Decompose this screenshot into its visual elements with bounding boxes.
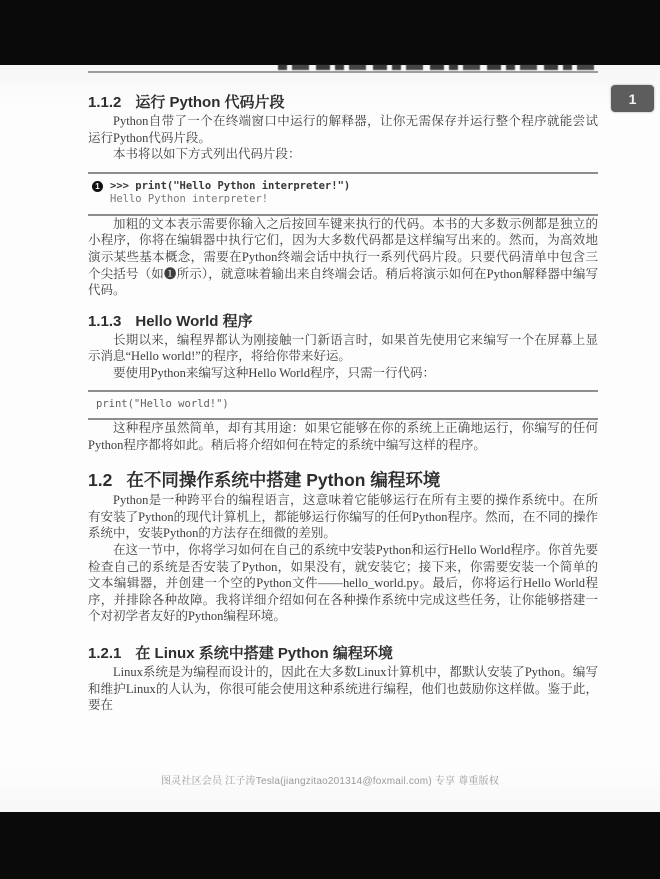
book-page[interactable]: 1 1.1.2运行 Python 代码片段 Python自带了一个在终端窗口中运… <box>0 65 660 812</box>
code-output-text: Hello Python interpreter! <box>110 193 268 207</box>
code-input-text: >>> print("Hello Python interpreter!") <box>110 180 350 194</box>
code-listing-hello-interpreter: 1 >>> print("Hello Python interpreter!")… <box>88 172 598 216</box>
book-page-inner: 1 1.1.2运行 Python 代码片段 Python自带了一个在终端窗口中运… <box>0 65 660 812</box>
section-title: 在 Linux 系统中搭建 Python 编程环境 <box>135 645 393 662</box>
section-heading-1-1-3: 1.1.3Hello World 程序 <box>88 312 598 332</box>
chapter-number-tab: 1 <box>611 85 654 112</box>
page-content: 1.1.2运行 Python 代码片段 Python自带了一个在终端窗口中运行的… <box>88 65 598 714</box>
section-number: 1.1.2 <box>88 94 121 111</box>
code-text: print("Hello world!") <box>96 398 229 412</box>
section-title: 在不同操作系统中搭建 Python 编程环境 <box>126 470 440 490</box>
page-footer-watermark: 图灵社区会员 江子涛Tesla(jiangzitao201314@foxmail… <box>0 772 660 787</box>
section-title: Hello World 程序 <box>135 313 252 330</box>
paragraph: 加粗的文本表示需要你输入之后按回车键来执行的代码。本书的大多数示例都是独立的小程… <box>88 216 598 299</box>
section-title: 运行 Python 代码片段 <box>135 94 284 111</box>
paragraph: 长期以来，编程界都认为刚接触一门新语言时，如果首先使用它来编写一个在屏幕上显示消… <box>88 332 598 365</box>
code-listing-hello-world: print("Hello world!") <box>88 390 598 421</box>
section-heading-1-1-2: 1.1.2运行 Python 代码片段 <box>88 93 598 113</box>
viewer-bottom-bar <box>0 812 660 879</box>
section-number: 1.1.3 <box>88 313 121 330</box>
code-output-line: Hello Python interpreter! <box>92 193 588 207</box>
chapter-number: 1 <box>629 91 637 107</box>
code-input-line: 1 >>> print("Hello Python interpreter!") <box>92 180 588 194</box>
paragraph: Linux系统是为编程而设计的，因此在大多数Linux计算机中，都默认安装了Py… <box>88 664 598 714</box>
paragraph: 这种程序虽然简单，却有其用途：如果它能够在你的系统上正确地运行，你编写的任何Py… <box>88 420 598 453</box>
code-line: print("Hello world!") <box>92 398 588 412</box>
viewer-background: { "viewer": { "chapter_tab": "1" }, "pag… <box>0 0 660 879</box>
paragraph: Python是一种跨平台的编程语言，这意味着它能够运行在所有主要的操作系统中。在… <box>88 492 598 542</box>
code-annotation-1-badge: 1 <box>92 181 103 192</box>
paragraph: 本书将以如下方式列出代码片段： <box>88 146 598 163</box>
viewer-top-bar <box>0 0 660 65</box>
paragraph: 要使用Python来编写这种Hello World程序，只需一行代码： <box>88 365 598 382</box>
paragraph: 在这一节中，你将学习如何在自己的系统中安装Python和运行Hello Worl… <box>88 542 598 625</box>
paragraph: Python自带了一个在终端窗口中运行的解释器，让你无需保存并运行整个程序就能尝… <box>88 113 598 146</box>
section-number: 1.2.1 <box>88 645 121 662</box>
section-number: 1.2 <box>88 470 112 490</box>
section-heading-1-2-1: 1.2.1在 Linux 系统中搭建 Python 编程环境 <box>88 644 598 664</box>
section-heading-1-2: 1.2在不同操作系统中搭建 Python 编程环境 <box>88 468 598 492</box>
